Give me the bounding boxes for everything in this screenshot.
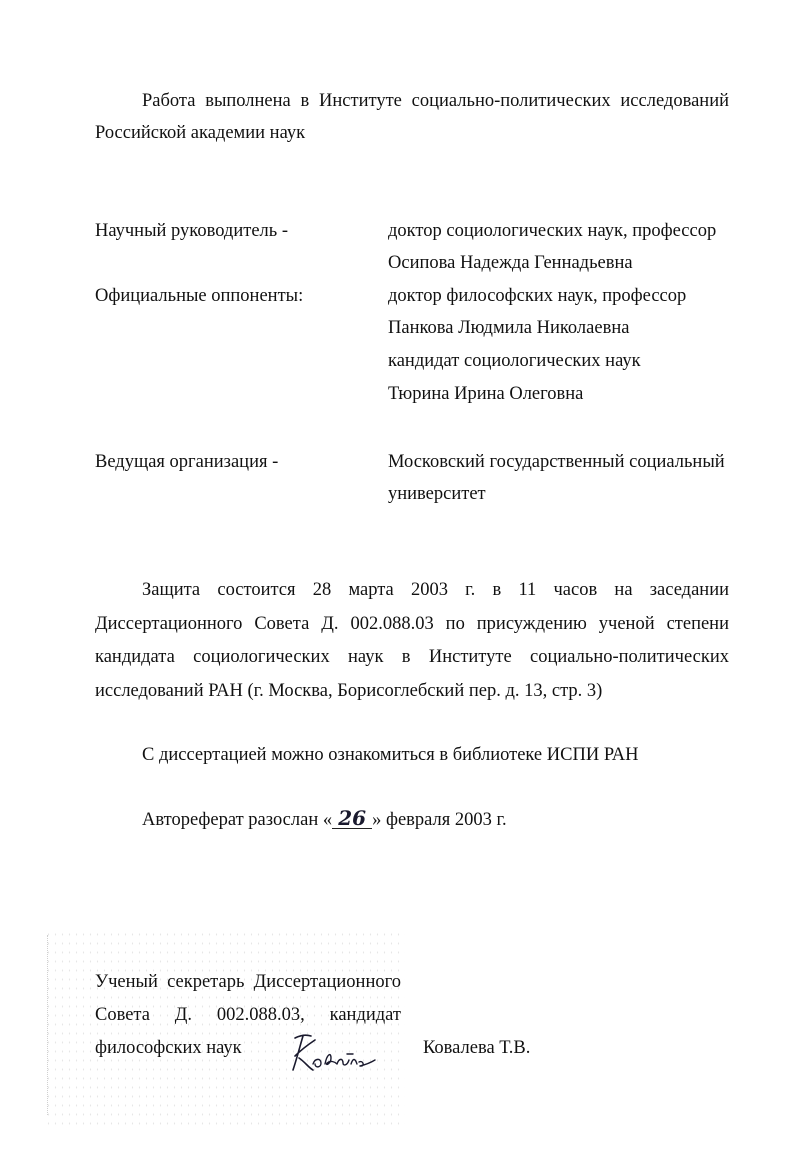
mailing-prefix: Автореферат разослан « [142,810,332,830]
handwritten-day: 26 [332,808,372,829]
defense-text-3: кандидата социологических наук в Институ… [95,645,729,669]
supervisor-label: Научный руководитель - [95,219,288,243]
opponent-2-title: кандидат социологических наук [388,349,641,373]
lead-org-line-1: Московский государственный социальный [388,450,725,474]
handwritten-signature [285,1030,380,1075]
mailing-suffix: » февраля 2003 г. [372,810,507,830]
lead-org-label: Ведущая организация - [95,450,278,474]
mailing-line: Автореферат разослан «26» февраля 2003 г… [142,808,507,832]
opponent-2-name: Тюрина Ирина Олеговна [388,382,583,406]
defense-line-3: кандидата социологических наук в Институ… [95,645,729,669]
lead-org-line-2: университет [388,482,486,506]
intro-text-1: Работа выполнена в Институте социально-п… [142,89,729,113]
defense-line-2: Диссертационного Совета Д. 002.088.03 по… [95,612,729,636]
defense-text-2: Диссертационного Совета Д. 002.088.03 по… [95,612,729,636]
secretary-line-3: философских наук [95,1036,242,1060]
opponent-1-name: Панкова Людмила Николаевна [388,316,629,340]
secretary-text-2: Совета Д. 002.088.03, кандидат [95,1005,401,1025]
secretary-text-1: Ученый секретарь Диссертационного [95,972,401,992]
secretary-line-2: Совета Д. 002.088.03, кандидат [95,1003,401,1027]
defense-line-4: исследований РАН (г. Москва, Борисоглебс… [95,679,602,703]
secretary-line-1: Ученый секретарь Диссертационного [95,970,401,994]
secretary-name: Ковалева Т.В. [423,1036,530,1060]
intro-line-2: Российской академии наук [95,121,305,145]
intro-line-1: Работа выполнена в Институте социально-п… [142,89,729,113]
defense-text-1: Защита состоится 28 марта 2003 г. в 11 ч… [142,578,729,602]
scan-edge-artifact [47,935,49,1115]
opponents-label: Официальные оппоненты: [95,284,303,308]
supervisor-name: Осипова Надежда Геннадьевна [388,251,633,275]
library-note: С диссертацией можно ознакомиться в библ… [142,743,638,767]
supervisor-title: доктор социологических наук, профессор [388,219,716,243]
defense-line-1: Защита состоится 28 марта 2003 г. в 11 ч… [142,578,729,602]
opponent-1-title: доктор философских наук, профессор [388,284,686,308]
